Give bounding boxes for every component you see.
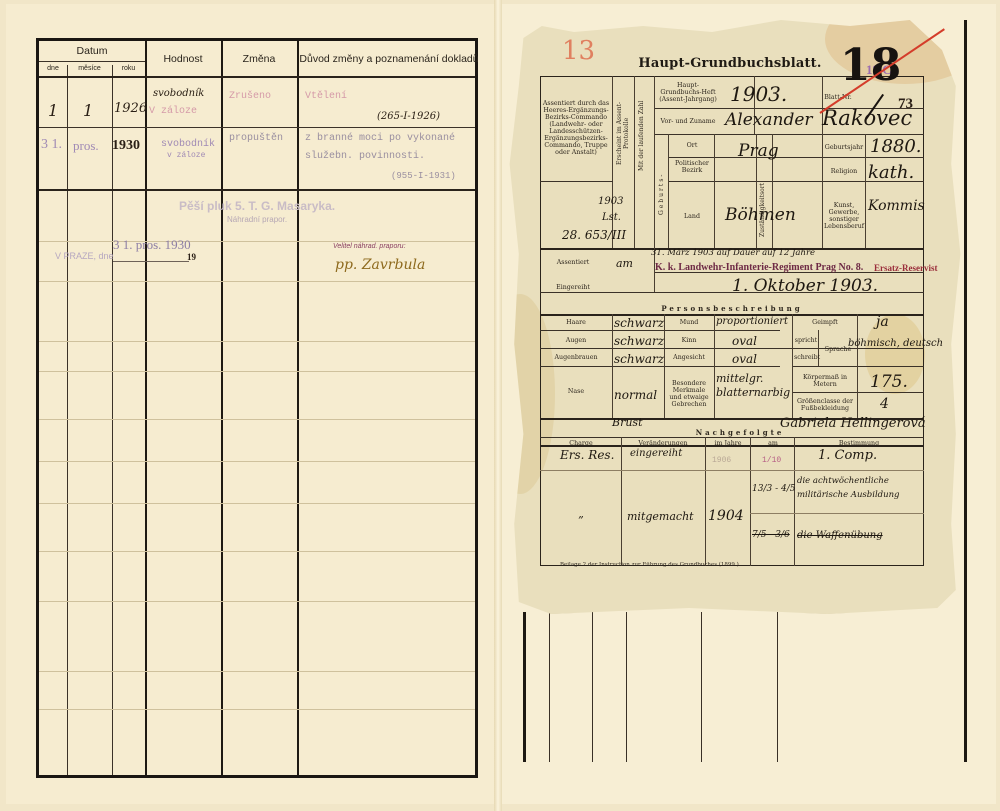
place-prefix: V PRAZE, dne xyxy=(55,251,114,261)
label-zustaendigkeit: Zuständigkeitsort xyxy=(759,176,766,244)
label-geimpft: Geimpft xyxy=(794,319,856,326)
unit-stamp-line1: Pěší pluk 5. T. G. Masaryka. xyxy=(179,199,335,213)
value-kinn: oval xyxy=(732,334,757,348)
rp-rule-2 xyxy=(549,612,550,762)
value-geimpft: ja xyxy=(876,314,889,330)
header-am: am xyxy=(752,440,794,447)
row2-hodnost-line1: svobodník xyxy=(161,139,215,150)
label-ort: Ort xyxy=(671,142,713,149)
date-underline xyxy=(113,261,189,262)
value-geburtsjahr: 1880. xyxy=(870,136,922,157)
label-nachgefolgte: Nachgefolgte xyxy=(690,428,790,437)
label-spricht: spricht xyxy=(794,337,818,344)
header-duvod: Důvod změny a poznamenání dokladů xyxy=(297,53,481,65)
header-veraenderungen: Veränderungen xyxy=(623,440,703,447)
rp-rule-right xyxy=(964,20,967,762)
header-bottom-rule xyxy=(39,76,475,78)
value-beruf: Kommis xyxy=(868,198,925,214)
row1-mesice: 1 xyxy=(83,101,93,120)
label-laufende-zahl: Mit der laufenden Zahl xyxy=(638,96,645,176)
row1-zmena: Zrušeno xyxy=(229,91,271,102)
row2-date-day: 3 1. xyxy=(41,137,62,153)
col-rule-zmena xyxy=(297,41,299,775)
label-land: Land xyxy=(671,213,713,220)
label-eingereiht: Eingereiht xyxy=(548,284,598,291)
row2-date-year: 1930 xyxy=(112,138,140,154)
rp-rule-1 xyxy=(523,612,526,762)
value-nase: normal xyxy=(614,388,657,402)
change1-veraenderung: eingereiht xyxy=(630,448,682,459)
row1-hodnost-handwritten: svobodník xyxy=(153,88,204,99)
header-im-jahre: im Jahre xyxy=(707,440,749,447)
change1-charge: Ers. Res. xyxy=(560,448,614,462)
label-religion: Religion xyxy=(824,168,864,175)
row2-duvod-ref: (955-I-1931) xyxy=(391,171,456,181)
header-charge: Charge xyxy=(542,440,620,447)
regiment-stamp: K. k. Landwehr-Infanterie-Regiment Prag … xyxy=(655,262,863,273)
label-personsbeschreibung: Personsbeschreibung xyxy=(540,304,924,313)
row1-dne: 1 xyxy=(48,101,58,120)
value-first-name: Alexander xyxy=(725,110,813,130)
col-rule-dne xyxy=(67,65,68,775)
change2-jahr: 1904 xyxy=(708,508,744,524)
change1-jahr: 1906 xyxy=(712,456,731,465)
row1-roku: 1926 xyxy=(114,101,147,116)
assent-entry-year: 1903 xyxy=(598,196,623,207)
label-erscheint: Erscheint im Assent-Protokolle xyxy=(616,90,630,176)
row2-zmena: propuštěn xyxy=(229,133,283,144)
col-rule-hodnost xyxy=(221,41,223,775)
change1-am: 1/10 xyxy=(762,456,781,465)
value-fussbekleidung: 4 xyxy=(880,396,889,412)
value-augenbrauen: schwarz xyxy=(614,352,664,366)
label-assentiert: Assentiert xyxy=(548,259,598,266)
change2-am-1: 13/3 - 4/5 xyxy=(752,484,795,494)
change2-veraenderung: mitgemacht xyxy=(627,510,694,523)
rp-rule-6 xyxy=(777,612,778,762)
header-dne: dne xyxy=(39,65,67,72)
label-fussbekleidung: Größenclasse der Fußbekleidung xyxy=(794,398,856,412)
row1-hodnost-stamp: V záloze xyxy=(149,106,197,117)
change2-bestimmung-2: die Waffenübung xyxy=(797,530,883,541)
stamp-year-suffix: 19 xyxy=(187,252,196,262)
nachgefolgte-hand-left: Brust xyxy=(612,416,643,429)
label-bezirk: Politischer Bezirk xyxy=(671,160,713,174)
label-assent-jahrgang: Haupt-Grundbuchs-Heft (Assent-Jahrgang) xyxy=(657,82,719,103)
col-rule-roku xyxy=(145,41,147,775)
header-mesice: měsíce xyxy=(67,65,112,72)
label-beruf: Kunst, Gewerbe, sonstiger Lebensberuf xyxy=(824,202,864,230)
col-rule-mesice xyxy=(112,65,113,775)
form-footnote: Beilage 2 der Instruction zur Führung de… xyxy=(560,562,739,568)
label-kinn: Kinn xyxy=(666,337,712,344)
row1-duvod-ref: (265-I-1926) xyxy=(377,111,440,122)
rp-rule-4 xyxy=(626,612,627,762)
row2-bottom-rule xyxy=(39,189,475,191)
row2-duvod-line2: služebn. povinnosti. xyxy=(305,151,425,162)
commander-title: Velitel náhrad. praporu: xyxy=(333,243,406,250)
header-zmena: Změna xyxy=(221,53,297,65)
row1-duvod: Vtělení xyxy=(305,91,347,102)
open-booklet-spread: Datum dne měsíce roku Hodnost Změna Důvo… xyxy=(0,0,1000,811)
unit-stamp-line2: Náhradní prapor. xyxy=(227,215,287,224)
row2-duvod-line1: z branné moci po vykonané xyxy=(305,133,455,144)
label-assentiert-durch: Assentiert durch das Heeres-Ergänzungs-B… xyxy=(542,100,610,156)
sheet-corner-mark: 13 xyxy=(562,36,595,66)
change2-am-2: 7/5 - 3/6 xyxy=(752,530,790,540)
value-assent-jahrgang: 1903. xyxy=(730,82,787,106)
row2-date-month: pros. xyxy=(73,138,99,154)
reserve-stamp: Ersatz-Reservist xyxy=(874,263,937,273)
row1-bottom-rule xyxy=(39,127,475,128)
rp-rule-3 xyxy=(592,612,593,762)
rp-rule-5 xyxy=(701,612,702,762)
value-angesicht: oval xyxy=(732,352,757,366)
header-hodnost: Hodnost xyxy=(145,53,221,65)
assentiert-hand: am xyxy=(616,257,633,270)
value-mund: proportioniert xyxy=(716,316,788,327)
label-nase: Nase xyxy=(542,388,610,395)
label-augen: Augen xyxy=(542,337,610,344)
label-geburts: Geburts- xyxy=(658,175,665,215)
value-assentiert: 31. März 1903 auf Dauer auf 12 Jahre xyxy=(651,248,815,258)
value-sprache: böhmisch, deutsch xyxy=(848,338,943,349)
header-bestimmung: Bestimmung xyxy=(796,440,922,447)
value-haare: schwarz xyxy=(614,316,664,330)
value-eingereiht: 1. Oktober 1903. xyxy=(732,276,878,296)
value-merkmale: mittelgr. blatternarbig xyxy=(716,372,790,400)
label-merkmale: Besondere Merkmale und etwaige Gebrechen xyxy=(666,380,712,408)
header-roku: roku xyxy=(112,65,145,72)
book-gutter xyxy=(494,0,502,811)
label-haare: Haare xyxy=(542,319,610,326)
commander-signature: pp. Zavrbula xyxy=(335,257,425,273)
datum-sub-divider xyxy=(39,61,145,62)
form-title: Haupt-Grundbuchsblatt. xyxy=(600,56,860,71)
label-schreibt: schreibt xyxy=(794,354,818,361)
value-religion: kath. xyxy=(868,162,914,183)
assent-entry-number: 28. 653/III xyxy=(562,228,626,242)
header-datum: Datum xyxy=(39,45,145,57)
assent-entry-note: Lst. xyxy=(602,212,621,223)
change1-bestimmung: 1. Comp. xyxy=(818,448,877,463)
value-ort: Prag xyxy=(738,141,779,161)
nachgefolgte-hand-right: Gabriela Hellingerová xyxy=(780,416,926,431)
label-koerpermass: Körpermaß in Metern xyxy=(794,374,856,388)
label-geburtsjahr: Geburtsjahr xyxy=(824,144,864,151)
change2-bestimmung-1: die achtwöchentliche militärische Ausbil… xyxy=(797,474,923,502)
stamp-date: 3 1. pros. 1930 xyxy=(113,237,191,253)
row2-hodnost-line2: v záloze xyxy=(167,151,205,160)
value-augen: schwarz xyxy=(614,334,664,348)
label-name: Vor- und Zuname xyxy=(657,118,719,125)
service-record-ledger: Datum dne měsíce roku Hodnost Změna Důvo… xyxy=(36,38,478,778)
label-mund: Mund xyxy=(666,319,712,326)
change2-charge: ” xyxy=(578,514,584,527)
label-angesicht: Angesicht xyxy=(666,354,712,361)
value-koerpermass: 175. xyxy=(870,372,908,392)
label-augenbrauen: Augenbrauen xyxy=(542,354,610,361)
